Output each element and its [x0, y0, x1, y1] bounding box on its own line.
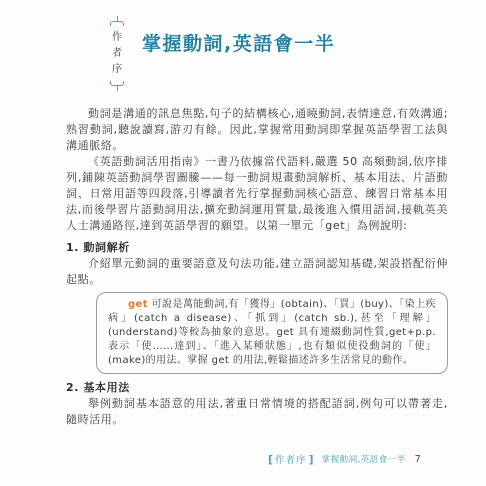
bracket-top-icon [110, 16, 124, 26]
footer-bracket-right-icon: ] [309, 453, 314, 466]
paragraph-2: 《英語動詞活用指南》一書乃依據當代語料,嚴選 50 高頻動詞,依序排列,鋪陳英語… [66, 154, 448, 234]
get-keyword: get [128, 299, 148, 310]
section-1-body: 介紹單元動詞的重要語意及句法功能,建立語詞認知基礎,架設搭配衍伸起點。 [66, 256, 448, 288]
get-box-text: 可說是萬能動詞,有「獲得」(obtain)、「買」(buy)、「染上疾病」(ca… [108, 299, 436, 366]
section-2-body: 舉例動詞基本語意的用法,著重日常情境的搭配語詞,例句可以帶著走,隨時活用。 [66, 396, 448, 428]
page-footer: [ 作者序 ] 掌握動詞,英語會一半 7 [268, 452, 421, 466]
get-highlight-box: get 可說是萬能動詞,有「獲得」(obtain)、「買」(buy)、「染上疾病… [96, 292, 448, 374]
footer-chapter-badge: [ 作者序 ] [268, 452, 314, 466]
section-1-heading: 1. 動詞解析 [66, 240, 448, 256]
side-label-char: 序 [112, 64, 122, 75]
page-content: 動詞是溝通的訊息焦點,句子的結構核心,通曉動詞,表情達意,有效溝通;熟習動詞,聽… [66, 106, 448, 428]
footer-badge-label: 作者序 [275, 452, 307, 466]
chapter-side-marker: 作 者 序 [108, 16, 126, 91]
book-page: 作 者 序 掌握動詞,英語會一半 動詞是溝通的訊息焦點,句子的結構核心,通曉動詞… [0, 0, 486, 486]
footer-page-number: 7 [415, 454, 421, 465]
bracket-bottom-icon [110, 81, 124, 91]
paragraph-1: 動詞是溝通的訊息焦點,句子的結構核心,通曉動詞,表情達意,有效溝通;熟習動詞,聽… [66, 106, 448, 154]
page-title: 掌握動詞,英語會一半 [142, 29, 335, 56]
chapter-side-label: 作 者 序 [112, 32, 122, 75]
side-label-char: 者 [112, 48, 122, 59]
section-2-heading: 2. 基本用法 [66, 380, 448, 396]
side-label-char: 作 [112, 32, 122, 43]
footer-running-title: 掌握動詞,英語會一半 [322, 453, 406, 465]
footer-bracket-left-icon: [ [268, 453, 273, 466]
